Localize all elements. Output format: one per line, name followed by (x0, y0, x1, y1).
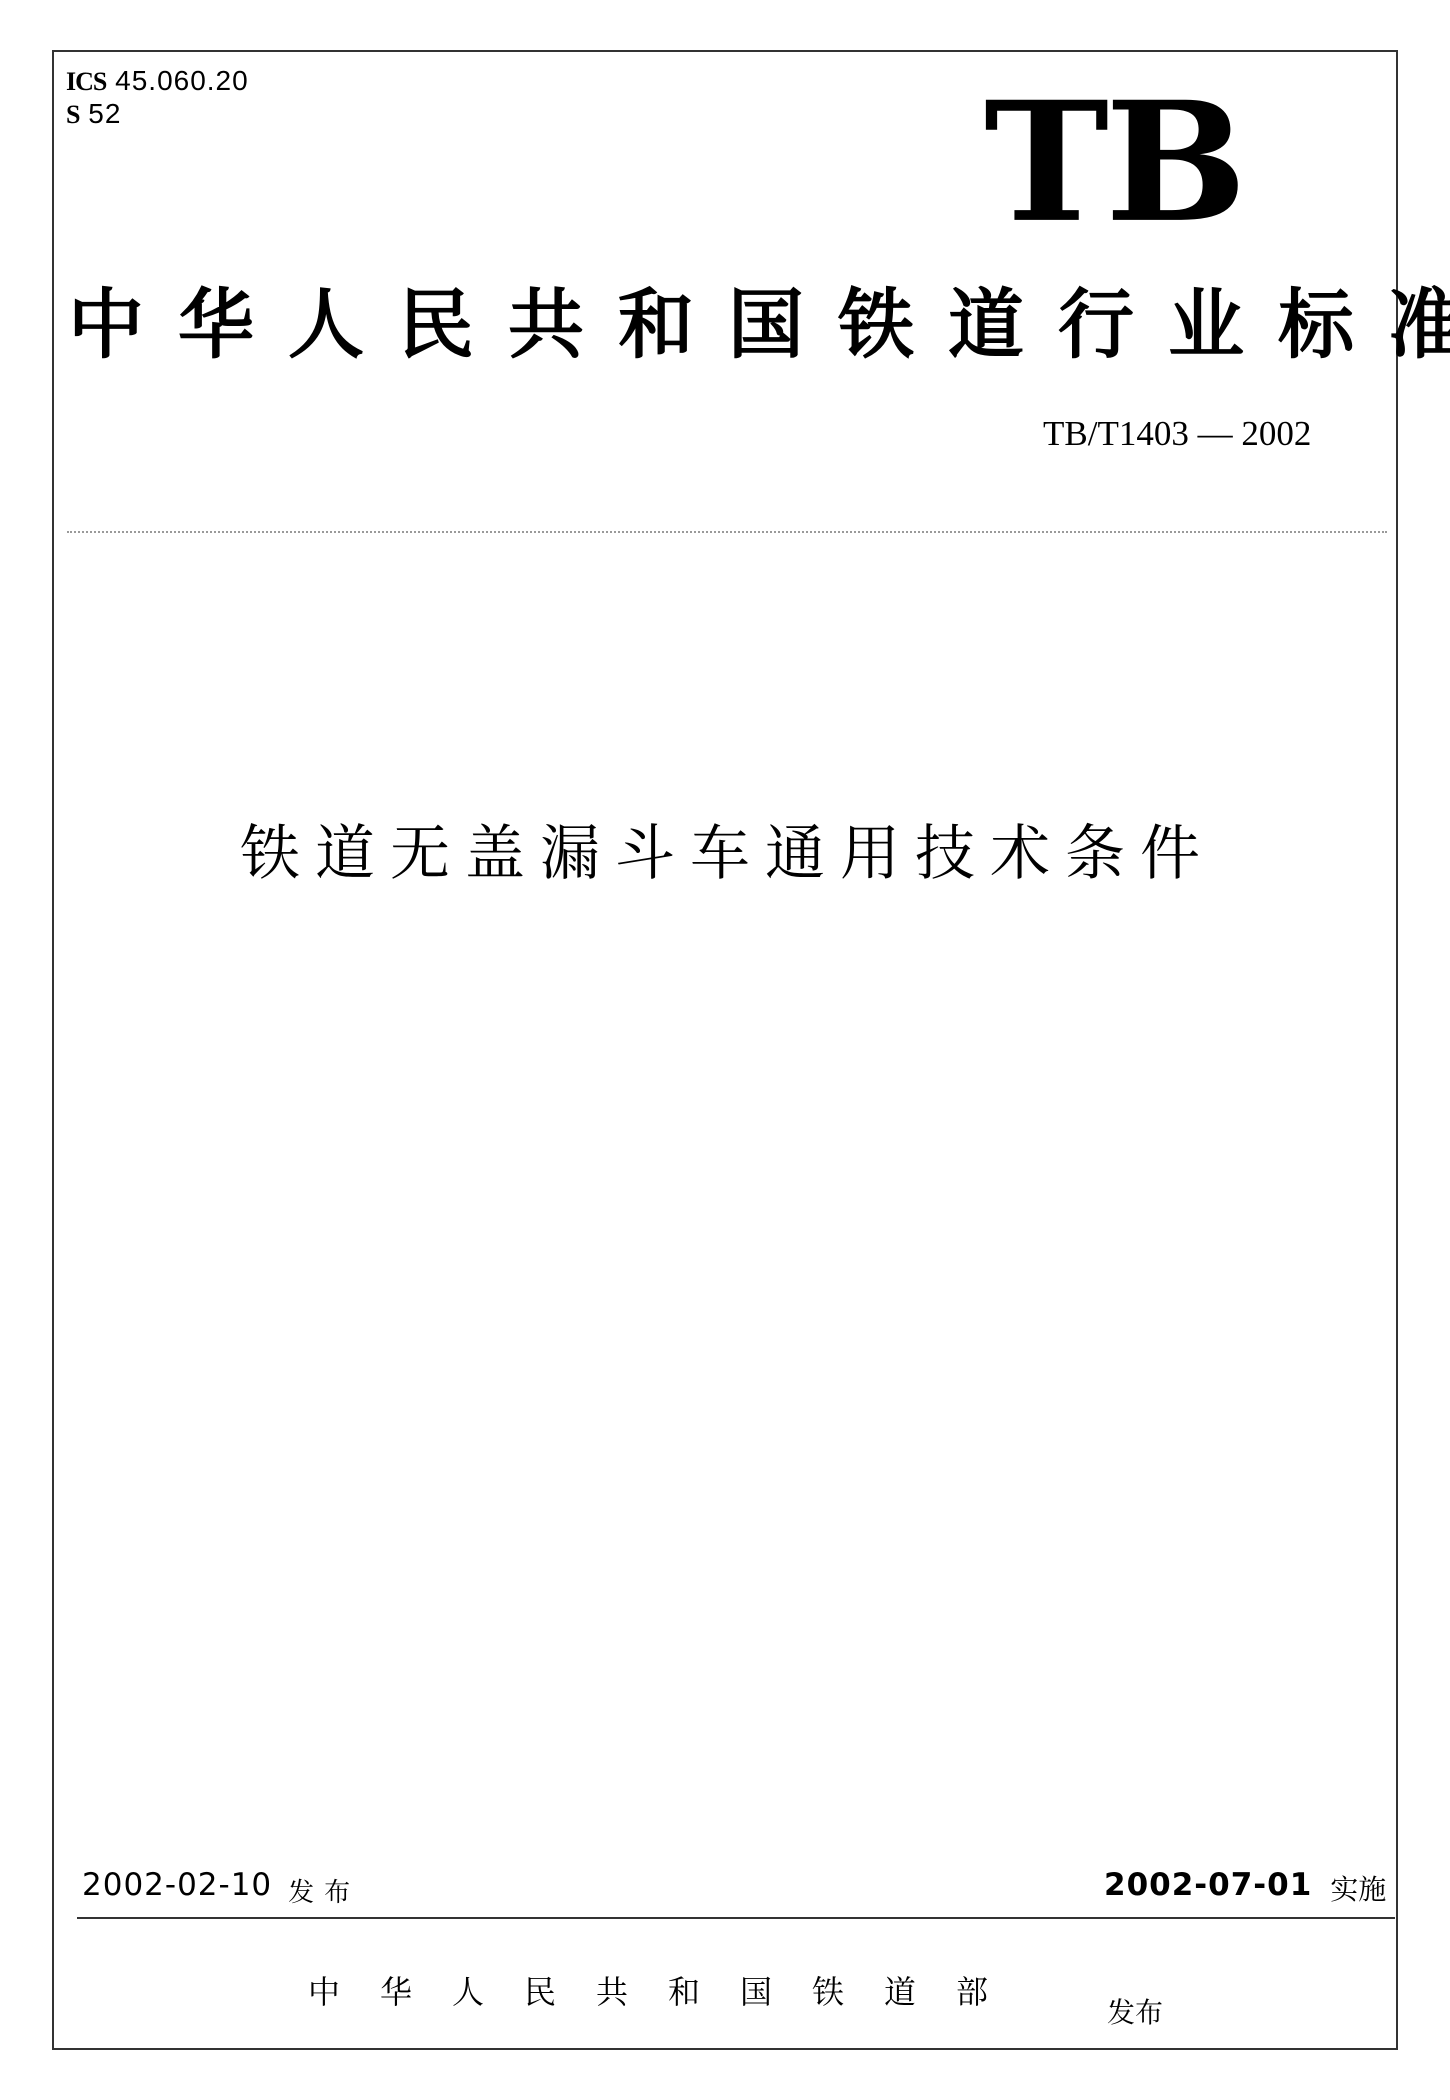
header-separator (67, 531, 1387, 533)
publisher-action: 发布 (1107, 1996, 1163, 2030)
ics-label: ICS (66, 67, 106, 96)
ics-code: 45.060.20 (115, 65, 249, 96)
ccs-code: 52 (88, 98, 121, 129)
issue-date-block: 2002-02-10发布 (82, 1866, 360, 1906)
tb-logo: TB (984, 80, 1243, 245)
implementation-date: 2002-07-01 (1104, 1867, 1312, 1903)
issue-date: 2002-02-10 (82, 1867, 272, 1903)
standard-title: 中华人民共和国铁道行业标准 (68, 280, 1450, 370)
issue-label: 发布 (288, 1878, 360, 1908)
document-title: 铁道无盖漏斗车通用技术条件 (240, 818, 1215, 890)
ccs-line: S 52 (66, 99, 249, 130)
classification-codes: ICS 45.060.20 S 52 (66, 66, 249, 130)
standard-number: TB/T1403 — 2002 (1043, 412, 1311, 456)
implementation-label: 实施 (1330, 1873, 1386, 1906)
footer-divider (77, 1917, 1395, 1919)
ccs-label: S (66, 100, 79, 129)
implementation-date-block: 2002-07-01实施 (1104, 1866, 1386, 1905)
publisher-name: 中华人民共和国铁道部 (308, 1972, 1028, 2012)
